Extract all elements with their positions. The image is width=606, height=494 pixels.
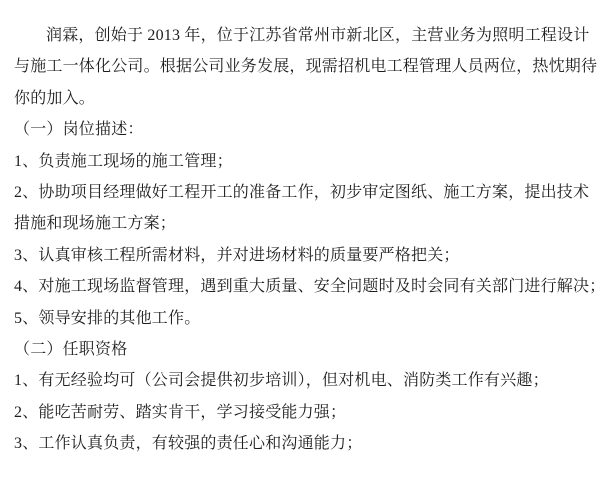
job-duty-item: 5、领导安排的其他工作。: [14, 303, 592, 334]
document-page: 润霖，创始于 2013 年，位于江苏省常州市新北区，主营业务为照明工程设计 与施…: [0, 0, 606, 494]
intro-paragraph-line: 润霖，创始于 2013 年，位于江苏省常州市新北区，主营业务为照明工程设计: [14, 20, 592, 51]
intro-paragraph-line: 你的加入。: [14, 83, 592, 114]
job-duty-item: 1、负责施工现场的施工管理；: [14, 146, 592, 177]
job-duty-item: 3、认真审核工程所需材料，并对进场材料的质量要严格把关；: [14, 240, 592, 271]
intro-paragraph-line: 与施工一体化公司。根据公司业务发展，现需招机电工程管理人员两位，热忱期待: [14, 51, 592, 82]
job-duty-item-continuation: 措施和现场施工方案；: [14, 208, 592, 239]
qualification-item: 1、有无经验均可（公司会提供初步培训），但对机电、消防类工作有兴趣；: [14, 365, 592, 396]
qualification-item: 3、工作认真负责，有较强的责任心和沟通能力；: [14, 428, 592, 459]
qualification-item: 2、能吃苦耐劳、踏实肯干，学习接受能力强；: [14, 397, 592, 428]
job-duty-item: 4、对施工现场监督管理，遇到重大质量、安全问题时及时会同有关部门进行解决；: [14, 271, 592, 302]
section-heading-job-description: （一）岗位描述：: [14, 114, 592, 145]
job-duty-item: 2、协助项目经理做好工程开工的准备工作，初步审定图纸、施工方案，提出技术: [14, 177, 592, 208]
section-heading-qualifications: （二）任职资格: [14, 334, 592, 365]
